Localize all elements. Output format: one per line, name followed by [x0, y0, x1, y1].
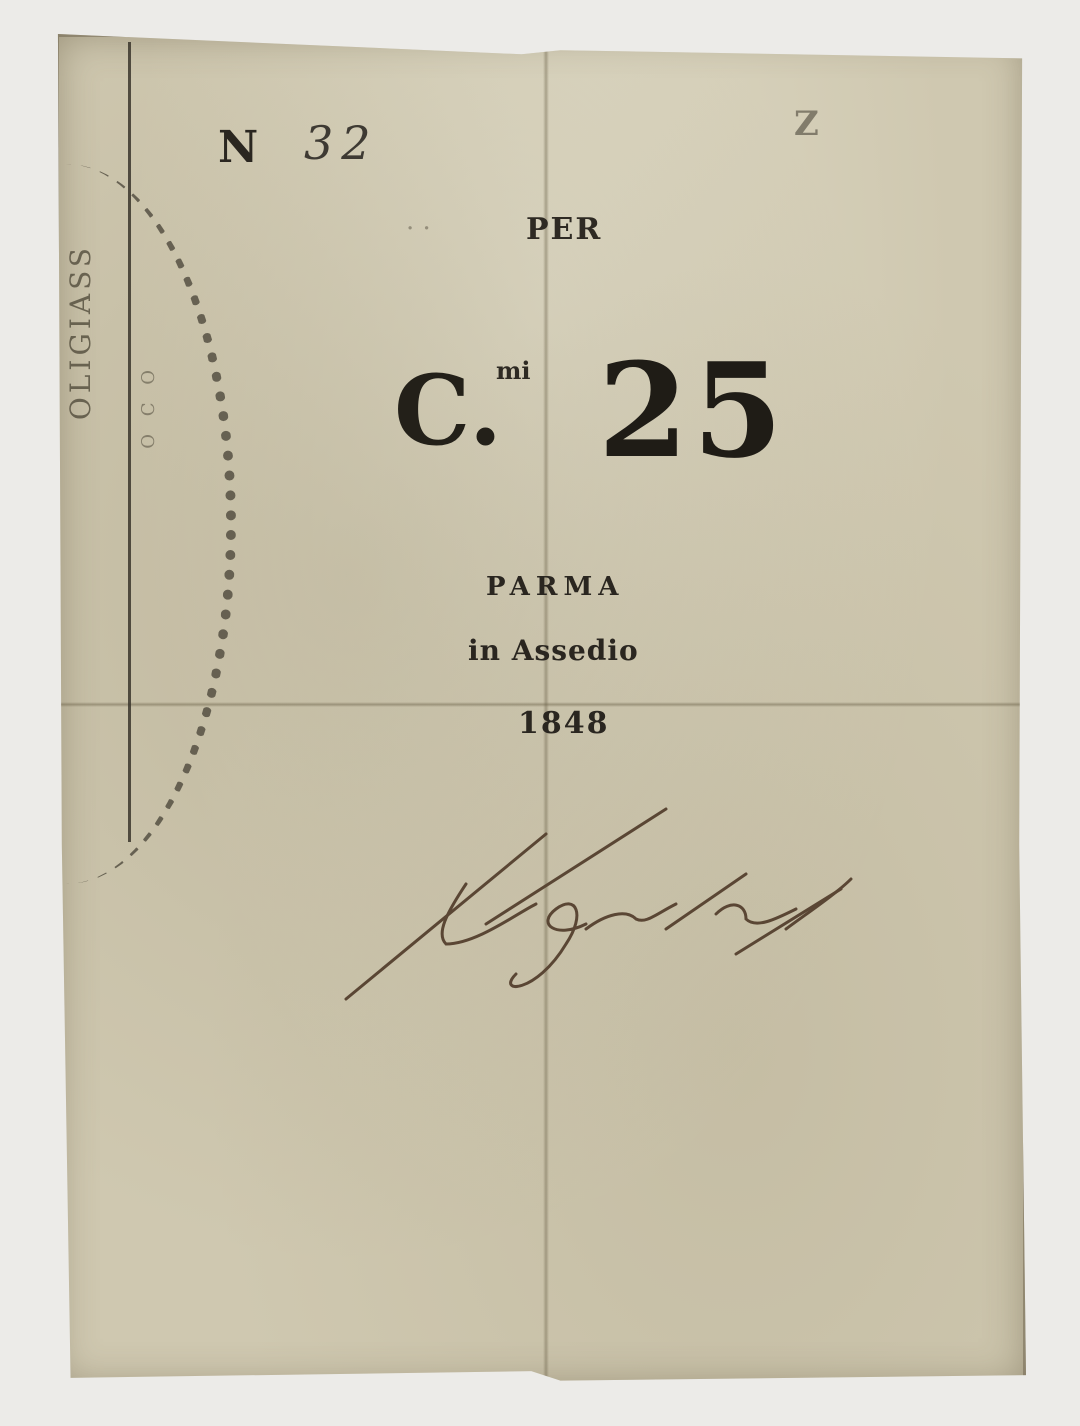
city-name: PARMA — [486, 572, 624, 602]
denomination-value: 25 — [598, 334, 787, 487]
siege-line: in Assedio — [468, 634, 639, 667]
counterfoil-cut-line — [128, 42, 131, 842]
oval-stamp-border — [0, 164, 236, 884]
per-label: PER — [526, 212, 602, 247]
counterfoil-subtext: O C O — [138, 364, 159, 449]
corner-mark: Z — [794, 104, 819, 144]
banknote: OLIGIASS O C O N 32 Z · · PER C. mi 25 P… — [56, 34, 1026, 1386]
denomination-prefix: C. — [394, 354, 502, 467]
handwritten-signature — [336, 794, 856, 1004]
serial-number: 32 — [304, 116, 379, 170]
denomination-superscript: mi — [496, 356, 531, 385]
year: 1848 — [518, 706, 610, 741]
serial-prefix: N — [218, 122, 258, 173]
faint-mark: · · — [406, 214, 431, 244]
counterfoil-text: OLIGIASS — [64, 244, 97, 420]
